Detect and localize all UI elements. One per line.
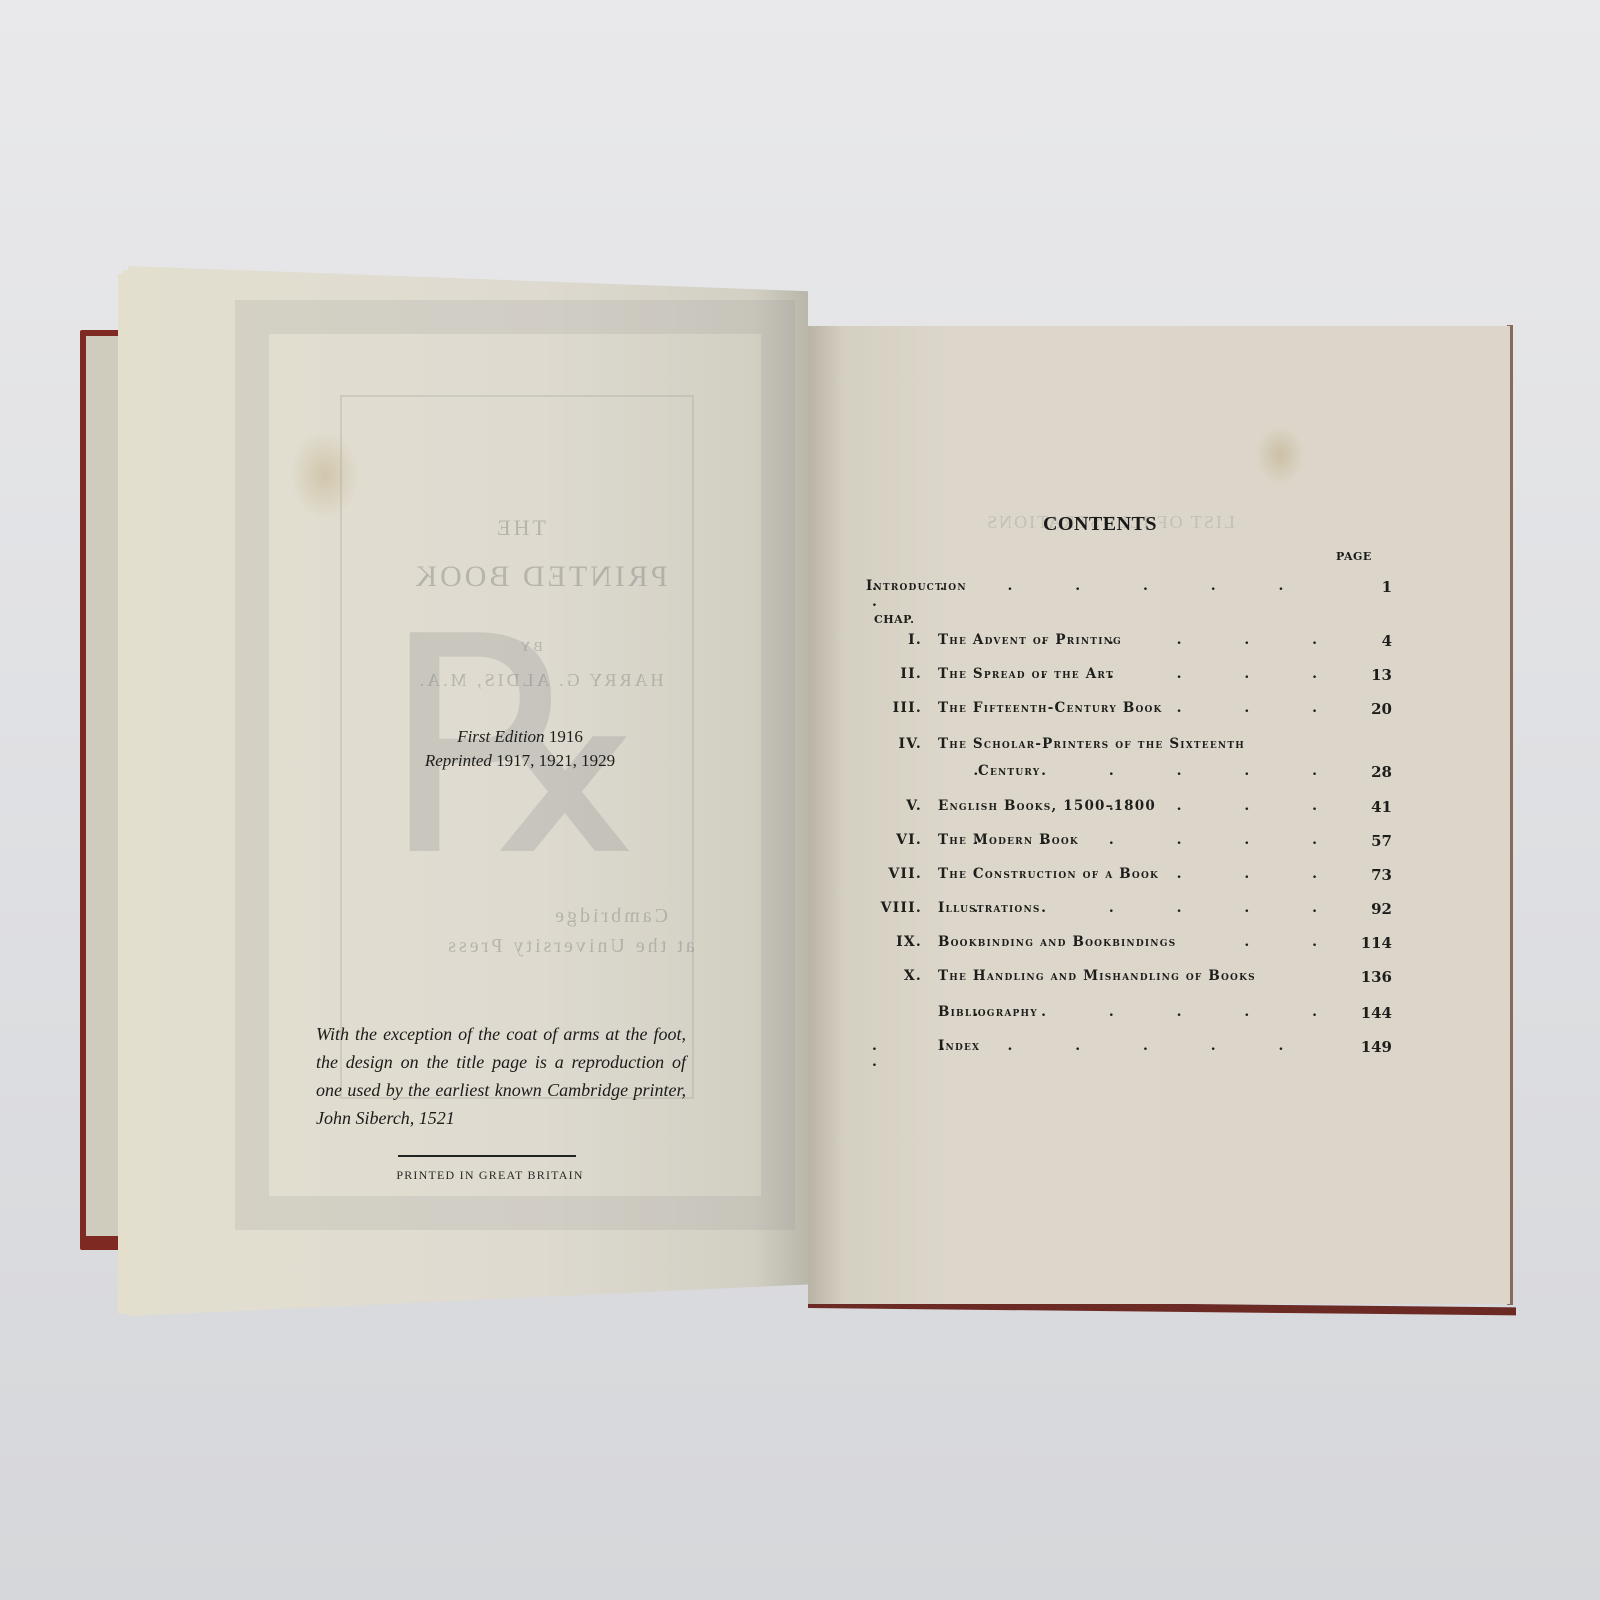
title-page-note: With the exception of the coat of arms a… — [316, 1020, 686, 1132]
imprint-line: PRINTED IN GREAT BRITAIN — [360, 1168, 620, 1183]
book-photo: THE PRINTED BOOK BY HARRY G. ALDIS, M.A.… — [0, 0, 1600, 1600]
toc-entry-4-continued: Century . . . . . . 28 — [872, 763, 1392, 789]
first-edition-line: First Edition 1916 — [420, 725, 620, 749]
toc-entry-10: X. The Handling and Mishandling of Books… — [872, 968, 1392, 994]
ghost-title-press: at the University Press — [420, 935, 720, 958]
divider-rule — [398, 1155, 576, 1157]
toc-entry-2: II. The Spread of the Art . . . . . 13 — [872, 666, 1392, 692]
toc-entry-9: IX. Bookbinding and Bookbindings . . 114 — [872, 934, 1392, 960]
contents-heading: CONTENTS — [1000, 513, 1200, 536]
ghost-title-the: THE — [460, 515, 580, 541]
toc-entry-7: VII. The Construction of a Book . . . 73 — [872, 866, 1392, 892]
foxing-stain — [1255, 425, 1305, 485]
edition-info: First Edition 1916 Reprinted 1917, 1921,… — [420, 725, 620, 773]
toc-entry-1: I. The Advent of Printing . . . . . 4 — [872, 632, 1392, 658]
toc-entry-8: VIII. Illustrations . . . . . . 92 — [872, 900, 1392, 926]
toc-entry-6: VI. The Modern Book . . . . . . 57 — [872, 832, 1392, 858]
reprinted-line: Reprinted 1917, 1921, 1929 — [420, 749, 620, 773]
toc-entry-introduction: Introduction . . . . . . . . 1 — [872, 578, 1392, 604]
toc-entry-3: III. The Fifteenth-Century Book . . . 20 — [872, 700, 1392, 726]
toc-entry-bibliography: Bibliography . . . . . . 144 — [872, 1004, 1392, 1030]
foxing-stain — [290, 430, 360, 520]
toc-entry-5: V. English Books, 1500–1800 . . . . 41 — [872, 798, 1392, 824]
page-column-label: PAGE — [1336, 550, 1372, 563]
toc-entry-index: Index . . . . . . . . 149 — [872, 1038, 1392, 1064]
chapter-column-label: CHAP. — [874, 613, 914, 626]
toc-entry-4: IV. The Scholar-Printers of the Sixteent… — [872, 736, 1392, 762]
